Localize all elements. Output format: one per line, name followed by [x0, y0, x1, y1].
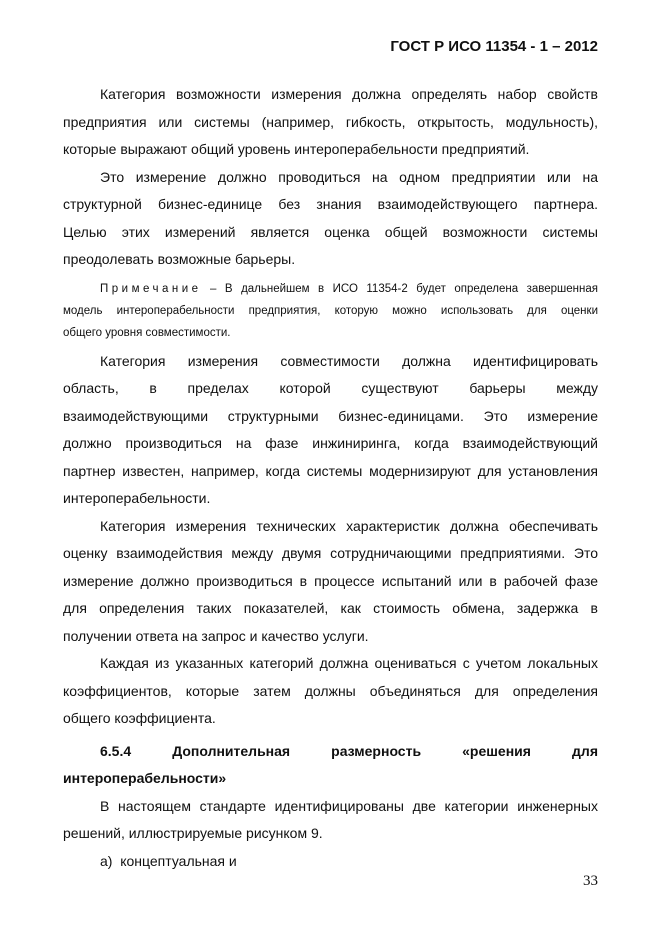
text-line: Это измерение должно проводиться на одно…	[63, 164, 598, 192]
note-text: – В дальнейшем в ИСО 11354-2 будет опред…	[202, 283, 598, 295]
text-line: измерение должно производиться в процесс…	[63, 568, 598, 596]
page-number: 33	[583, 872, 598, 890]
paragraph: Категория измерения технических характер…	[63, 513, 598, 651]
text-line: интероперабельности»	[63, 765, 598, 793]
document-body: Категория возможности измерения должна о…	[63, 81, 598, 875]
paragraph: В настоящем стандарте идентифицированы д…	[63, 793, 598, 848]
text-line: Целью этих измерений является оценка общ…	[63, 219, 598, 247]
text-line: Категория возможности измерения должна о…	[63, 81, 598, 109]
text-line: для определения таких показателей, как с…	[63, 595, 598, 623]
section-heading: 6.5.4 Дополнительная размерность «решени…	[63, 738, 598, 793]
text-line: а) концептуальная и	[63, 848, 598, 876]
text-line: 6.5.4 Дополнительная размерность «решени…	[63, 738, 598, 766]
text-line: Каждая из указанных категорий должна оце…	[63, 650, 598, 678]
text-line: взаимодействующими структурными бизнес-е…	[63, 403, 598, 431]
text-line: решений, иллюстрируемые рисунком 9.	[63, 820, 598, 848]
paragraph: Категория возможности измерения должна о…	[63, 81, 598, 164]
text-line: должно производиться на фазе инжиниринга…	[63, 430, 598, 458]
text-line: Примечание – В дальнейшем в ИСО 11354-2 …	[63, 278, 598, 300]
text-line: преодолевать возможные барьеры.	[63, 246, 598, 274]
text-line: область, в пределах которой существуют б…	[63, 375, 598, 403]
text-line: получении ответа на запрос и качество ус…	[63, 623, 598, 651]
text-line: общего уровня совместимости.	[63, 322, 598, 344]
text-line: В настоящем стандарте идентифицированы д…	[63, 793, 598, 821]
list-item: а) концептуальная и	[63, 848, 598, 876]
paragraph: Каждая из указанных категорий должна оце…	[63, 650, 598, 733]
text-line: интероперабельности.	[63, 485, 598, 513]
paragraph: Это измерение должно проводиться на одно…	[63, 164, 598, 274]
text-line: коэффициентов, которые затем должны объе…	[63, 678, 598, 706]
text-line: предприятия или системы (например, гибко…	[63, 109, 598, 137]
text-line: модель интероперабельности предприятия, …	[63, 300, 598, 322]
paragraph: Категория измерения совместимости должна…	[63, 348, 598, 513]
document-header: ГОСТ Р ИСО 11354 - 1 – 2012	[63, 38, 598, 56]
text-line: оценку взаимодействия между двумя сотруд…	[63, 540, 598, 568]
text-line: Категория измерения совместимости должна…	[63, 348, 598, 376]
text-line: партнер известен, например, когда систем…	[63, 458, 598, 486]
note-paragraph: Примечание – В дальнейшем в ИСО 11354-2 …	[63, 278, 598, 344]
text-line: структурной бизнес-единице без знания вз…	[63, 191, 598, 219]
note-keyword: Примечание	[100, 283, 202, 295]
text-line: Категория измерения технических характер…	[63, 513, 598, 541]
document-page: { "page": { "header": "ГОСТ Р ИСО 11354 …	[0, 0, 661, 936]
text-line: общего коэффициента.	[63, 705, 598, 733]
text-line: которые выражают общий уровень интеропер…	[63, 136, 598, 164]
